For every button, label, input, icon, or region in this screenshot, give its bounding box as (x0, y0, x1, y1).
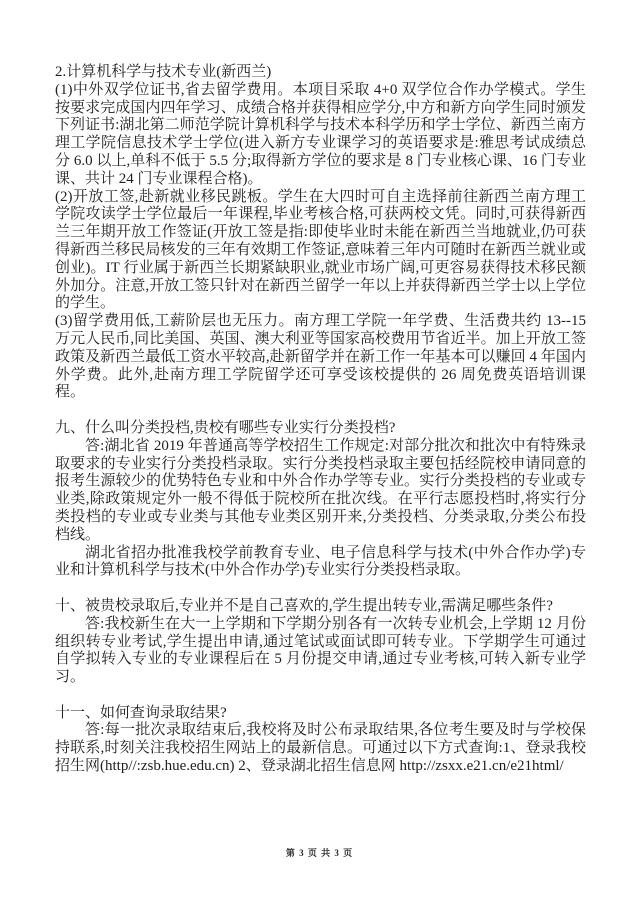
para-dual-degree-certificates: (1)中外双学位证书,省去留学费用。本项目采取 4+0 双学位合作办学模式。学生… (55, 82, 586, 189)
answer-10: 答:我校新生在大一上学期和下学期分别各有一次转专业机会,上学期 12 月份组织转… (55, 616, 586, 687)
question-9: 九、什么叫分类投档,贵校有哪些专业实行分类投档? (55, 420, 586, 438)
para-low-tuition: (3)留学费用低,工薪阶层也无压力。南方理工学院一年学费、生活费共约 13--1… (55, 313, 586, 402)
answer-11: 答:每一批次录取结束后,我校将及时公布录取结果,各位考生要及时与学校保持联系,时… (55, 722, 586, 775)
question-10: 十、被贵校录取后,专业并不是自己喜欢的,学生提出转专业,需满足哪些条件? (55, 598, 586, 616)
document-body: 2.计算机科学与技术专业(新西兰) (1)中外双学位证书,省去留学费用。本项目采… (55, 64, 586, 776)
question-11: 十一、如何查询录取结果? (55, 705, 586, 723)
document-page: 2.计算机科学与技术专业(新西兰) (1)中外双学位证书,省去留学费用。本项目采… (0, 0, 639, 905)
para-open-work-visa: (2)开放工签,赴新就业移民跳板。学生在大四时可自主选择前往新西兰南方理工学院攻… (55, 189, 586, 314)
page-number-footer: 第 3 页 共 3 页 (0, 846, 639, 859)
answer-9-para-2: 湖北省招办批准我校学前教育专业、电子信息科学与技术(中外合作办学)专业和计算机科… (55, 545, 586, 581)
answer-9-para-1: 答:湖北省 2019 年普通高等学校招生工作规定:对部分批次和批次中有特殊录取要… (55, 438, 586, 545)
heading-computer-science-major: 2.计算机科学与技术专业(新西兰) (55, 64, 586, 82)
